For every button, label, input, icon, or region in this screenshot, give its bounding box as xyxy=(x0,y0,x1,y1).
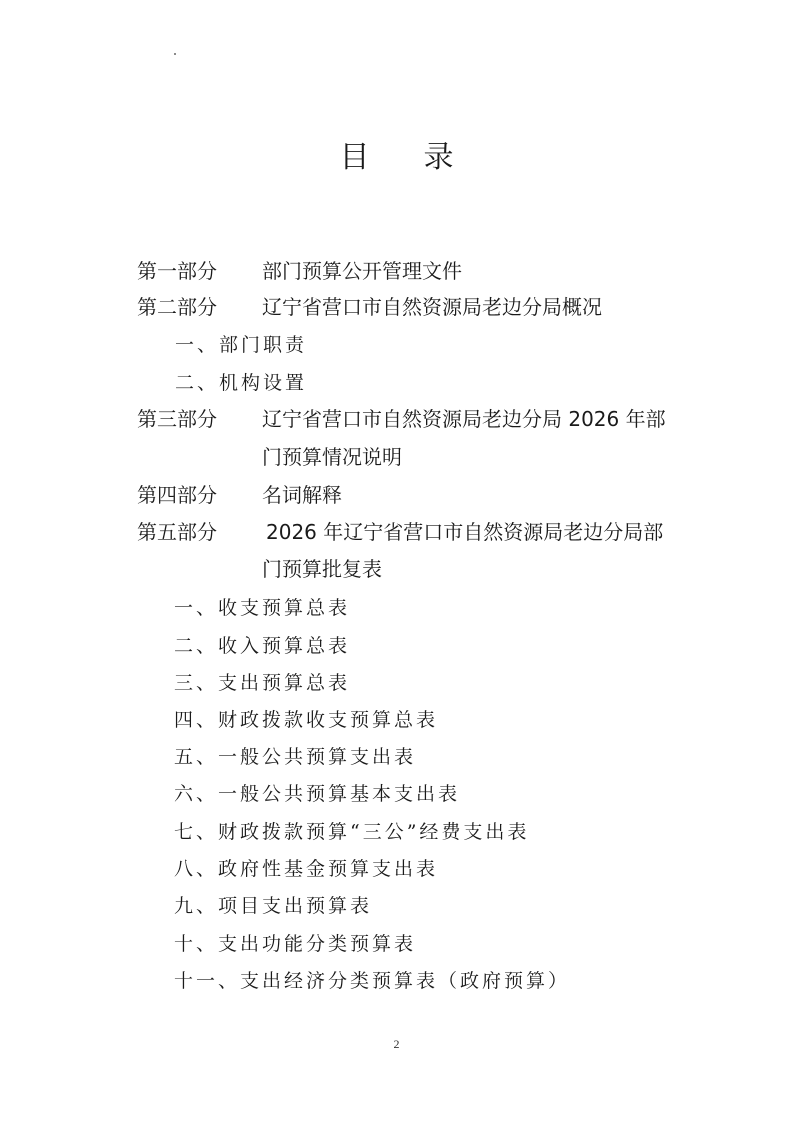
page-title: 目录 xyxy=(0,132,793,176)
part-text: 部门预算公开管理文件 xyxy=(262,255,462,284)
part-label: 第五部分 xyxy=(137,516,217,545)
toc-subitem: 六、一般公共预算基本支出表 xyxy=(174,779,460,806)
title-char-2: 录 xyxy=(424,132,454,176)
part-label: 第三部分 xyxy=(137,403,217,432)
toc-subitem: 十一、支出经济分类预算表（政府预算） xyxy=(174,966,570,993)
toc-subitem: 一、收支预算总表 xyxy=(174,593,350,620)
toc-subitem: 五、一般公共预算支出表 xyxy=(174,742,416,769)
toc-subitem: 四、财政拨款收支预算总表 xyxy=(174,705,438,732)
part-label: 第二部分 xyxy=(137,291,217,320)
toc-subitem: 七、财政拨款预算“三公”经费支出表 xyxy=(174,817,529,844)
document-page: 目录 第一部分 部门预算公开管理文件 第二部分 辽宁省营口市自然资源局老边分局概… xyxy=(0,0,793,1122)
toc-subitem: 九、项目支出预算表 xyxy=(174,891,372,918)
toc-subitem: 一、部门职责 xyxy=(175,330,307,357)
part-text-line1: 辽宁省营口市自然资源局老边分局 2026 年部 xyxy=(262,403,666,432)
page-number: 2 xyxy=(0,1037,793,1052)
toc-subitem: 二、机构设置 xyxy=(175,368,307,395)
part-label: 第四部分 xyxy=(137,479,217,508)
toc-subitem: 八、政府性基金预算支出表 xyxy=(174,854,438,881)
title-char-1: 目 xyxy=(340,132,370,176)
part-3-text-line2: 门预算情况说明 xyxy=(262,441,402,470)
part-text: 辽宁省营口市自然资源局老边分局概况 xyxy=(262,291,602,320)
toc-subitem: 十、支出功能分类预算表 xyxy=(174,929,416,956)
part-text-line1: 2026 年辽宁省营口市自然资源局老边分局部 xyxy=(266,516,663,545)
toc-subitem: 二、收入预算总表 xyxy=(174,631,350,658)
part-label: 第一部分 xyxy=(137,255,217,284)
toc-subitem: 三、支出预算总表 xyxy=(174,668,350,695)
part-text: 名词解释 xyxy=(262,479,342,508)
part-5-text-line2: 门预算批复表 xyxy=(262,553,382,582)
scan-speck xyxy=(174,53,176,55)
